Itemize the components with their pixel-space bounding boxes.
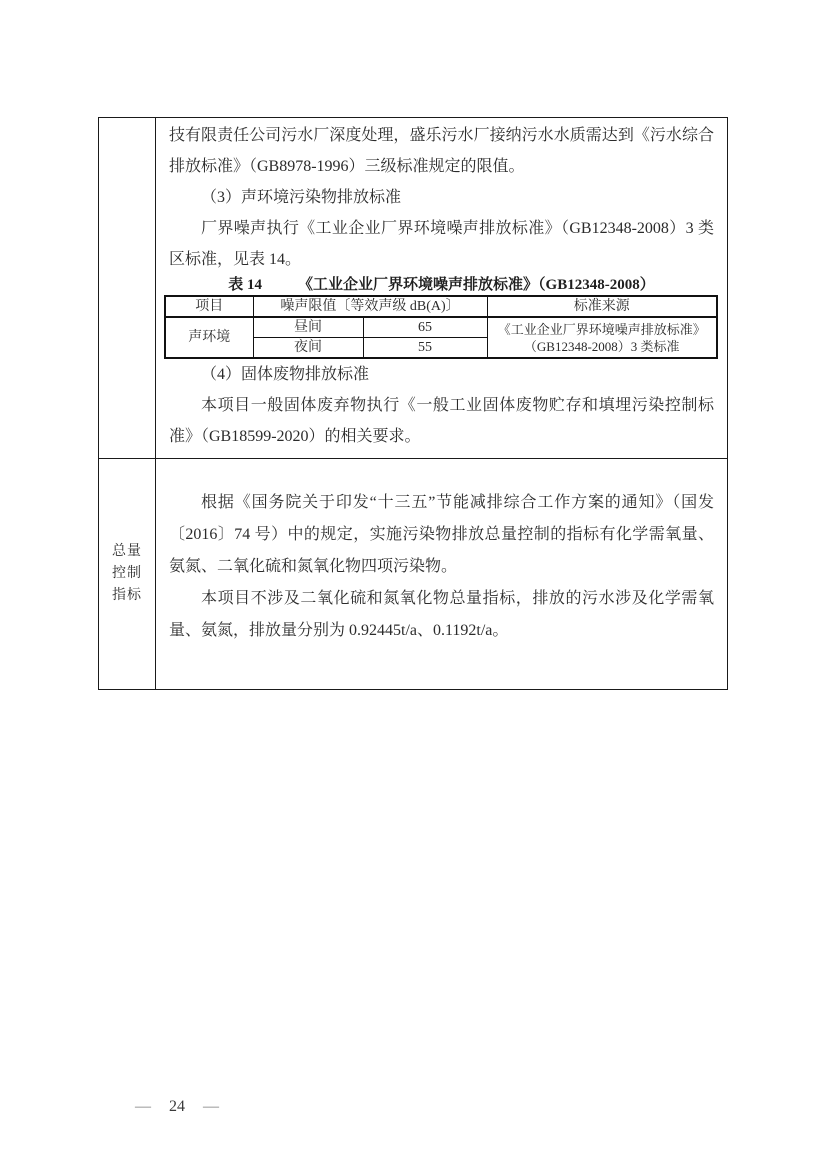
total-control-label-line-3: 指标	[112, 585, 142, 607]
paragraph-wastewater: 技有限责任公司污水厂深度处理，盛乐污水厂接纳污水水质需达到《污水综合排放标准》（…	[169, 120, 714, 182]
header-limit: 噪声限值〔等效声级 dB(A)〕	[253, 296, 487, 317]
page-number: —24—	[135, 1098, 219, 1116]
cell-source: 《工业企业厂界环境噪声排放标准》 （GB12348-2008）3 类标准	[487, 317, 717, 358]
header-source: 标准来源	[487, 296, 717, 317]
noise-table-title: 表 14《工业企业厂界环境噪声排放标准》（GB12348-2008）	[169, 275, 714, 295]
noise-table-heading: 《工业企业厂界环境噪声排放标准》（GB12348-2008）	[298, 277, 655, 293]
paragraph-noise-standard: 厂界噪声执行《工业企业厂界环境噪声排放标准》（GB12348-2008）3 类区…	[169, 213, 714, 275]
standards-row: 技有限责任公司污水厂深度处理，盛乐污水厂接纳污水水质需达到《污水综合排放标准》（…	[99, 118, 727, 458]
document-page: 技有限责任公司污水厂深度处理，盛乐污水厂接纳污水水质需达到《污水综合排放标准》（…	[0, 0, 827, 1169]
cell-value-day: 65	[363, 317, 487, 338]
noise-table-header-row: 项目 噪声限值〔等效声级 dB(A)〕 标准来源	[165, 296, 717, 317]
header-item: 项目	[165, 296, 253, 317]
paragraph-solidwaste-heading: （4）固体废物排放标准	[169, 359, 714, 390]
page-number-dash-left: —	[135, 1098, 151, 1115]
noise-standard-table: 项目 噪声限值〔等效声级 dB(A)〕 标准来源 声环境 昼间 65 《工业企业…	[164, 295, 718, 359]
source-line-2: （GB12348-2008）3 类标准	[490, 338, 715, 355]
cell-value-night: 55	[363, 338, 487, 359]
cell-period-night: 夜间	[253, 338, 363, 359]
report-form-table: 技有限责任公司污水厂深度处理，盛乐污水厂接纳污水水质需达到《污水综合排放标准》（…	[98, 117, 728, 690]
total-control-content-cell: 根据《国务院关于印发“十三五”节能减排综合工作方案的通知》（国发〔2016〕74…	[156, 459, 727, 689]
standards-content-cell: 技有限责任公司污水厂深度处理，盛乐污水厂接纳污水水质需达到《污水综合排放标准》（…	[156, 118, 727, 458]
total-control-label-line-1: 总量	[112, 541, 142, 563]
total-control-label-cell: 总量 控制 指标	[99, 459, 156, 689]
noise-table-label: 表 14	[228, 277, 262, 293]
paragraph-noise-heading: （3）声环境污染物排放标准	[169, 182, 714, 213]
paragraph-total-control-policy: 根据《国务院关于印发“十三五”节能减排综合工作方案的通知》（国发〔2016〕74…	[169, 487, 714, 583]
paragraph-solidwaste-standard: 本项目一般固体废弃物执行《一般工业固体废物贮存和填埋污染控制标准》（GB1859…	[169, 390, 714, 452]
total-control-row: 总量 控制 指标 根据《国务院关于印发“十三五”节能减排综合工作方案的通知》（国…	[99, 458, 727, 689]
cell-period-day: 昼间	[253, 317, 363, 338]
noise-table-row-day: 声环境 昼间 65 《工业企业厂界环境噪声排放标准》 （GB12348-2008…	[165, 317, 717, 338]
total-control-label-line-2: 控制	[112, 563, 142, 585]
page-number-value: 24	[169, 1098, 185, 1115]
source-line-1: 《工业企业厂界环境噪声排放标准》	[490, 321, 715, 338]
paragraph-total-control-project: 本项目不涉及二氧化硫和氮氧化物总量指标，排放的污水涉及化学需氧量、氨氮，排放量分…	[169, 583, 714, 647]
cell-item: 声环境	[165, 317, 253, 358]
standards-label-cell	[99, 118, 156, 458]
page-number-dash-right: —	[203, 1098, 219, 1115]
